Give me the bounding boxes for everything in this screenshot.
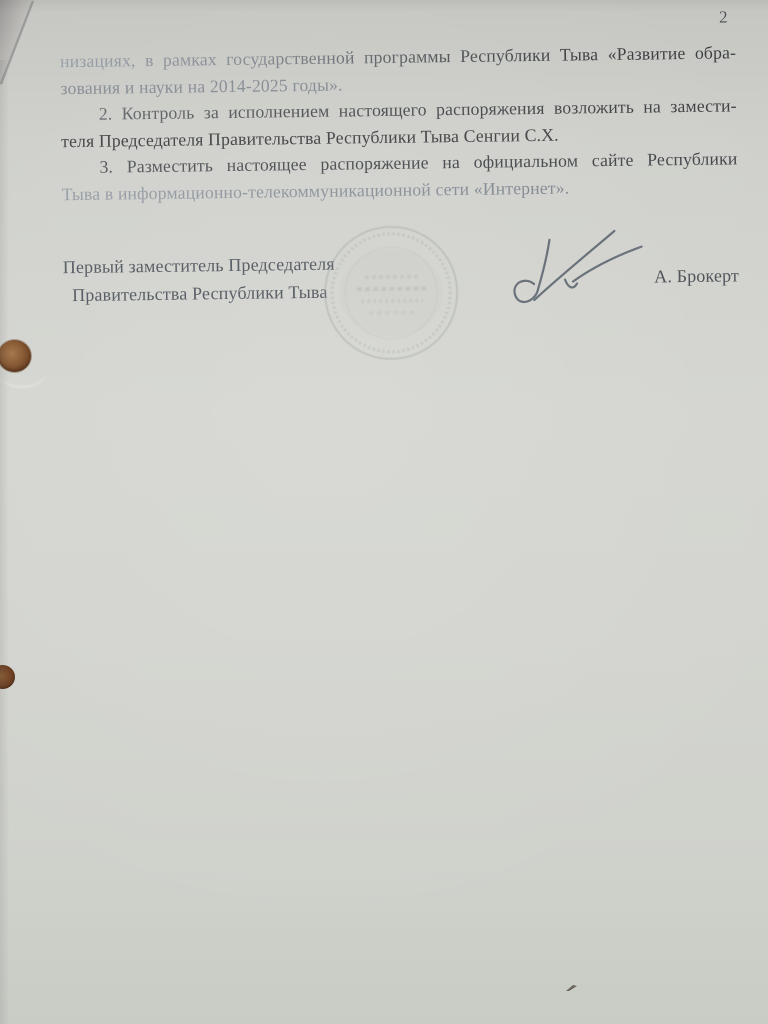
signatory-title: Первый заместитель Председателя Правител… bbox=[63, 250, 336, 310]
ink-speck bbox=[563, 982, 581, 994]
paragraph-2: 2. Контроль за исполнением настоящего ра… bbox=[61, 92, 738, 154]
hole-punch-top bbox=[0, 340, 31, 372]
page-content-wrapper: 2 низациях, в рамках государственной про… bbox=[0, 0, 768, 1024]
body-text: низациях, в рамках государственной прогр… bbox=[60, 39, 739, 309]
signature-block: Первый заместитель Председателя Правител… bbox=[63, 244, 740, 309]
signer-name: А. Брокерт bbox=[654, 262, 739, 290]
page-corner-fold bbox=[0, 0, 60, 120]
signatory-title-line-2: Правительства Республики Тыва bbox=[63, 278, 335, 310]
page-number: 2 bbox=[719, 7, 728, 27]
document-page-photo: 2 низациях, в рамках государственной про… bbox=[0, 0, 768, 1024]
paragraph-3: 3. Разместить настоящее распоряжение на … bbox=[61, 145, 738, 207]
signatory-title-line-1: Первый заместитель Председателя bbox=[63, 250, 335, 282]
paragraph-1: низациях, в рамках государственной прогр… bbox=[60, 39, 737, 101]
